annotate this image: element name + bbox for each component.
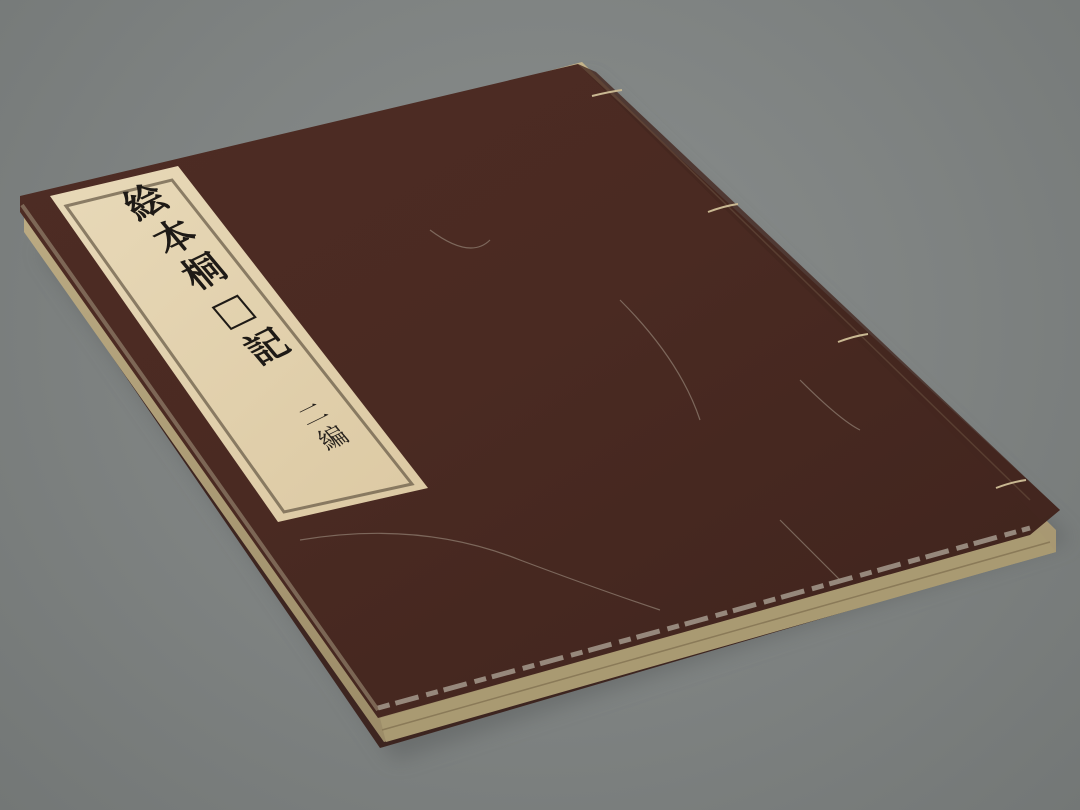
photo-scene: 絵本桐□記 二編	[0, 0, 1080, 810]
book-illustration	[0, 0, 1080, 810]
front-cover	[20, 64, 1060, 718]
